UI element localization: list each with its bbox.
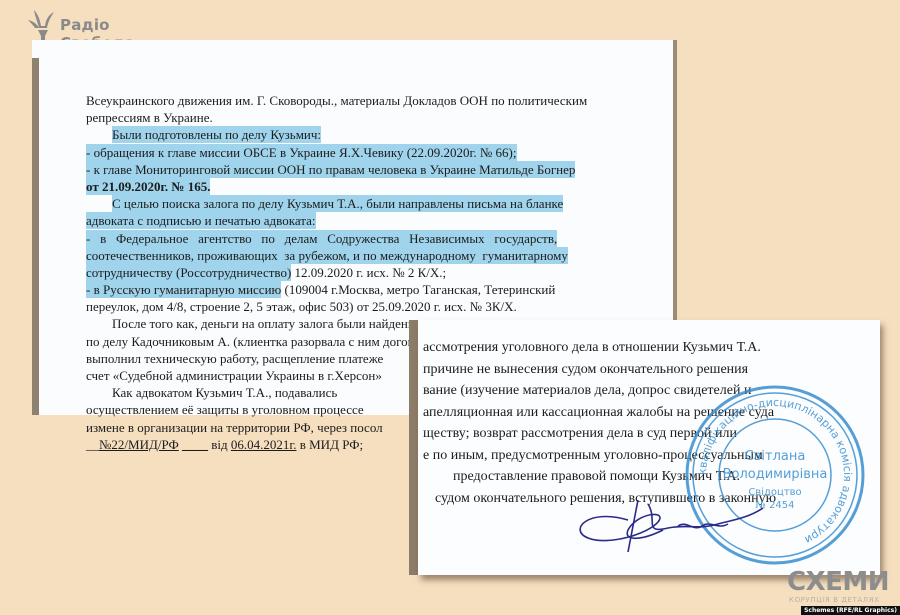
plain-text: Как адвокатом Кузьмич Т.А., подавались: [112, 385, 337, 400]
reference-date: 06.04.2021г.: [231, 437, 297, 452]
document-line: - в Федеральное агентство по делам Содру…: [86, 230, 672, 247]
highlighted-text: - к главе Мониторинговой миссии ООН по п…: [86, 161, 575, 178]
logo-line1: Радіо: [60, 16, 110, 34]
document-line: Всеукраинского движения им. Г. Сковороды…: [86, 92, 672, 109]
brand-name: СХЕМИ: [787, 569, 889, 595]
plain-text: репрессиям в Украине.: [86, 110, 213, 125]
document-line: от 21.09.2020г. № 165.: [86, 178, 672, 195]
stamp-name2: Володимирівна: [723, 467, 828, 482]
highlighted-text: - обращения к главе миссии ОБСЕ в Украин…: [86, 144, 517, 161]
highlighted-text: - в Федеральное агентство по делам Содру…: [86, 230, 557, 247]
document-line: адвоката с подписью и печатью адвоката:: [86, 212, 672, 229]
highlighted-text: С целью поиска залога по делу Кузьмич Т.…: [112, 195, 563, 212]
document-line: репрессиям в Украине.: [86, 109, 672, 126]
document-line: причине не вынесения судом окончательног…: [423, 359, 823, 381]
highlighted-text: - в Русскую гуманитарную миссию: [86, 281, 281, 298]
plain-text: счет «Судебной администрации Украины в г…: [86, 368, 382, 383]
highlighted-text: сотрудничеству (Россотрудничество): [86, 264, 291, 281]
reference-tail: в МИД РФ;: [300, 437, 363, 452]
plain-text: переулок, дом 4/8, строение 2, 5 этаж, о…: [86, 299, 517, 314]
image-credit: Schemes (RFE/RL Graphics): [801, 606, 900, 615]
skhemy-brand: СХЕМИ КОРУПЦІЯ В ДЕТАЛЯХ: [780, 571, 890, 607]
document-line: Были подготовлены по делу Кузьмич:: [86, 126, 672, 143]
brand-tagline: КОРУПЦІЯ В ДЕТАЛЯХ: [789, 596, 880, 604]
reference-from-label: від: [211, 437, 227, 452]
highlighted-text: соотечественников, проживающих за рубежо…: [86, 247, 568, 264]
page-shadow-edge: [32, 58, 39, 415]
document-line: - к главе Мониторинговой миссии ООН по п…: [86, 161, 672, 178]
highlighted-text: от 21.09.2020г. № 165.: [86, 178, 210, 195]
plain-text: выполнил техническую работу, расщепление…: [86, 351, 383, 366]
signature-icon: [568, 490, 768, 560]
plain-text: осуществлением её защиты в уголовном про…: [86, 402, 364, 417]
document-line: переулок, дом 4/8, строение 2, 5 этаж, о…: [86, 298, 672, 315]
plain-text: измене в организации на территории РФ, ч…: [86, 420, 383, 435]
plain-text: Всеукраинского движения им. Г. Сковороды…: [86, 93, 587, 108]
plain-text: 12.09.2020 г. исх. № 2 К/Х.;: [291, 265, 446, 280]
document-line: сотрудничеству (Россотрудничество) 12.09…: [86, 264, 672, 281]
document-line: соотечественников, проживающих за рубежо…: [86, 247, 672, 264]
plain-text: (109004 г.Москва, метро Таганская, Тетер…: [281, 282, 555, 297]
highlighted-text: Были подготовлены по делу Кузьмич:: [112, 126, 321, 143]
reference-ref: №22/МИД/РФ: [99, 437, 179, 452]
highlighted-text: адвоката с подписью и печатью адвоката:: [86, 212, 316, 229]
document-line: С целью поиска залога по делу Кузьмич Т.…: [86, 195, 672, 212]
document-line: - обращения к главе миссии ОБСЕ в Украин…: [86, 144, 672, 161]
right-document-page: ассмотрения уголовного дела в отношении …: [418, 320, 880, 575]
reference-blank: ____: [182, 437, 208, 452]
stamp-name1: Світлана: [745, 449, 806, 464]
document-line: ассмотрения уголовного дела в отношении …: [423, 337, 823, 359]
document-line: - в Русскую гуманитарную миссию (109004 …: [86, 281, 672, 298]
